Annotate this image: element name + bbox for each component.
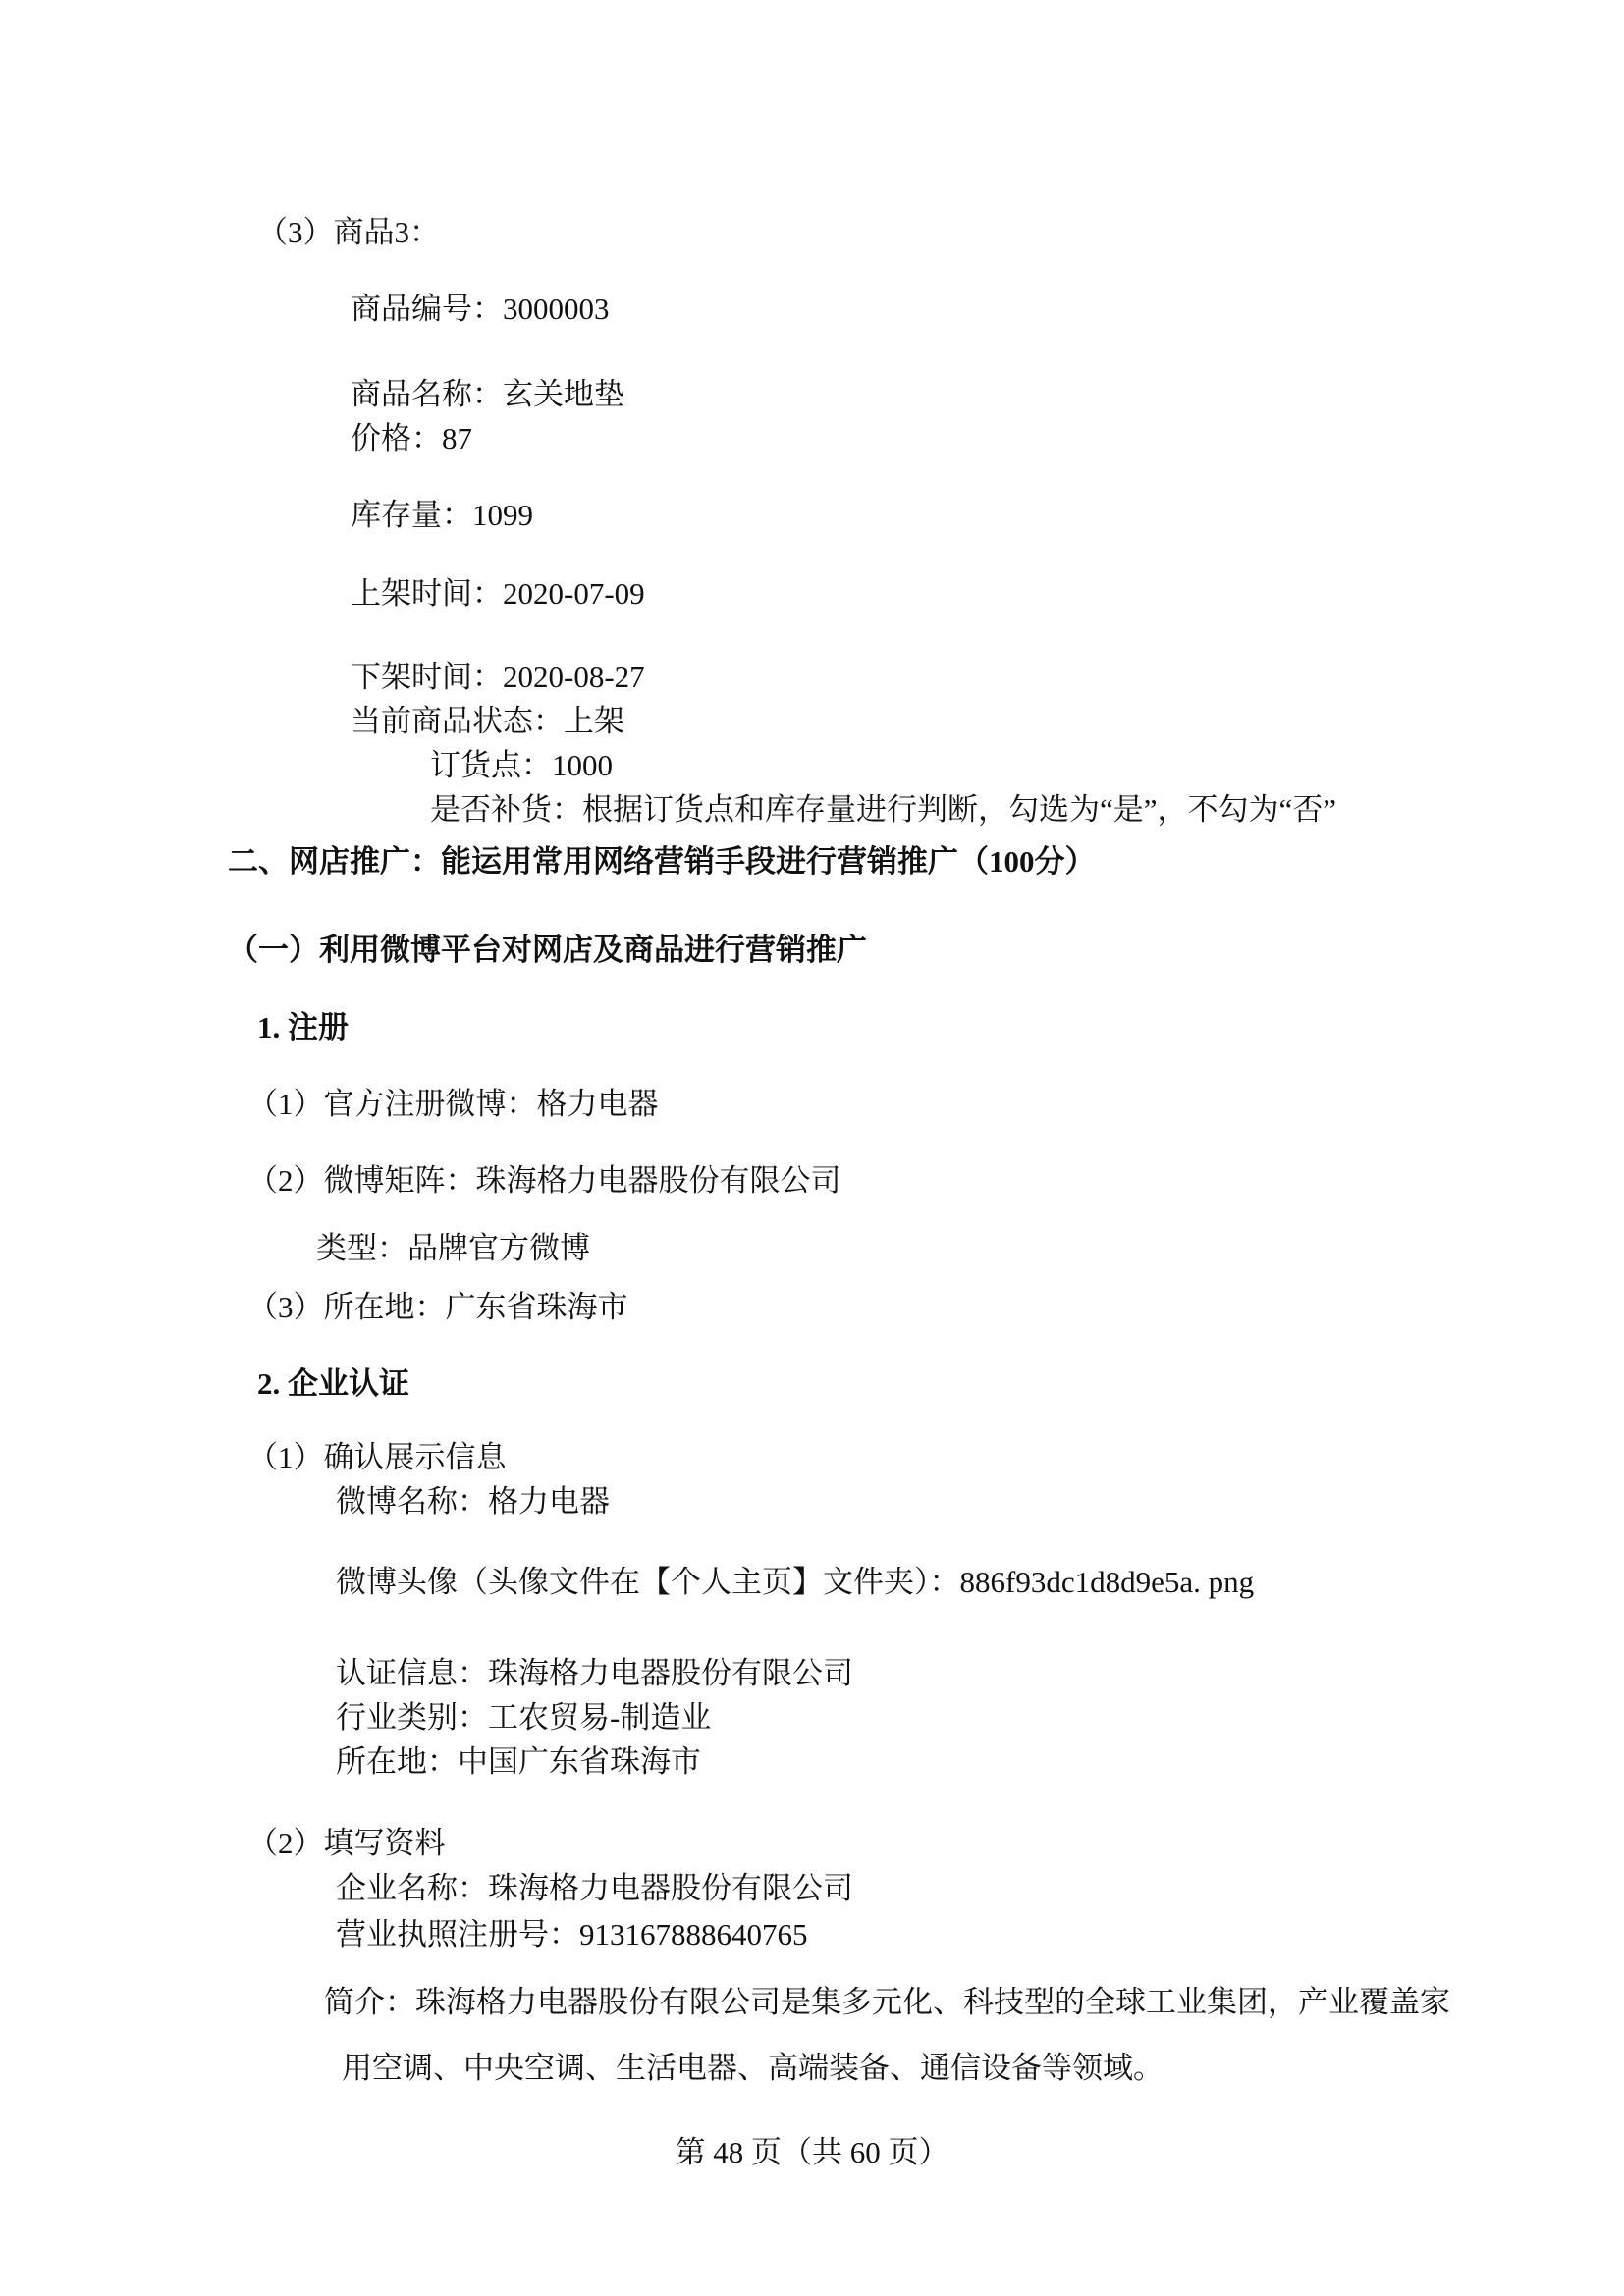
cert-title: 2. 企业认证 [257, 1364, 409, 1404]
product-id: 商品编号：3000003 [351, 290, 610, 329]
cert-info: 认证信息：珠海格力电器股份有限公司 [336, 1654, 853, 1693]
product-heading: （3）商品3： [257, 213, 440, 252]
product-restock: 是否补货：根据订货点和库存量进行判断，勾选为“是”，不勾为“否” [430, 790, 1336, 829]
product-name: 商品名称：玄关地垫 [351, 375, 624, 414]
fill-title: （2）填写资料 [247, 1824, 446, 1863]
confirm-title: （1）确认展示信息 [247, 1438, 507, 1477]
register-item: （2）微博矩阵：珠海格力电器股份有限公司 [247, 1161, 841, 1201]
company-name: 企业名称：珠海格力电器股份有限公司 [336, 1869, 853, 1908]
license-number: 营业执照注册号：913167888640765 [336, 1915, 808, 1954]
product-stock: 库存量：1099 [351, 496, 533, 535]
intro-line-2: 用空调、中央空调、生活电器、高端装备、通信设备等领域。 [342, 2049, 1164, 2088]
subsection-title: （一）利用微博平台对网店及商品进行营销推广 [228, 931, 867, 970]
product-off-shelf: 下架时间：2020-08-27 [351, 658, 645, 697]
weibo-avatar: 微博头像（头像文件在【个人主页】文件夹）：886f93dc1d8d9e5a. p… [336, 1563, 1254, 1602]
product-status: 当前商品状态：上架 [351, 702, 624, 741]
location: 所在地：中国广东省珠海市 [336, 1742, 701, 1782]
product-on-shelf: 上架时间：2020-07-09 [351, 574, 645, 614]
intro-line-1: 简介：珠海格力电器股份有限公司是集多元化、科技型的全球工业集团，产业覆盖家 [324, 1983, 1450, 2022]
register-item: 类型：品牌官方微博 [316, 1229, 590, 1268]
page-footer: 第 48 页（共 60 页） [0, 2133, 1624, 2172]
register-item: （1）官方注册微博：格力电器 [247, 1085, 659, 1124]
register-title: 1. 注册 [257, 1008, 349, 1047]
register-item: （3）所在地：广东省珠海市 [247, 1288, 628, 1327]
industry: 行业类别：工农贸易-制造业 [336, 1698, 711, 1737]
section-title: 二、网店推广：能运用常用网络营销手段进行营销推广（100分） [228, 842, 1096, 881]
product-price: 价格：87 [351, 419, 472, 458]
product-reorder-point: 订货点：1000 [430, 746, 613, 785]
weibo-name: 微博名称：格力电器 [336, 1482, 610, 1522]
